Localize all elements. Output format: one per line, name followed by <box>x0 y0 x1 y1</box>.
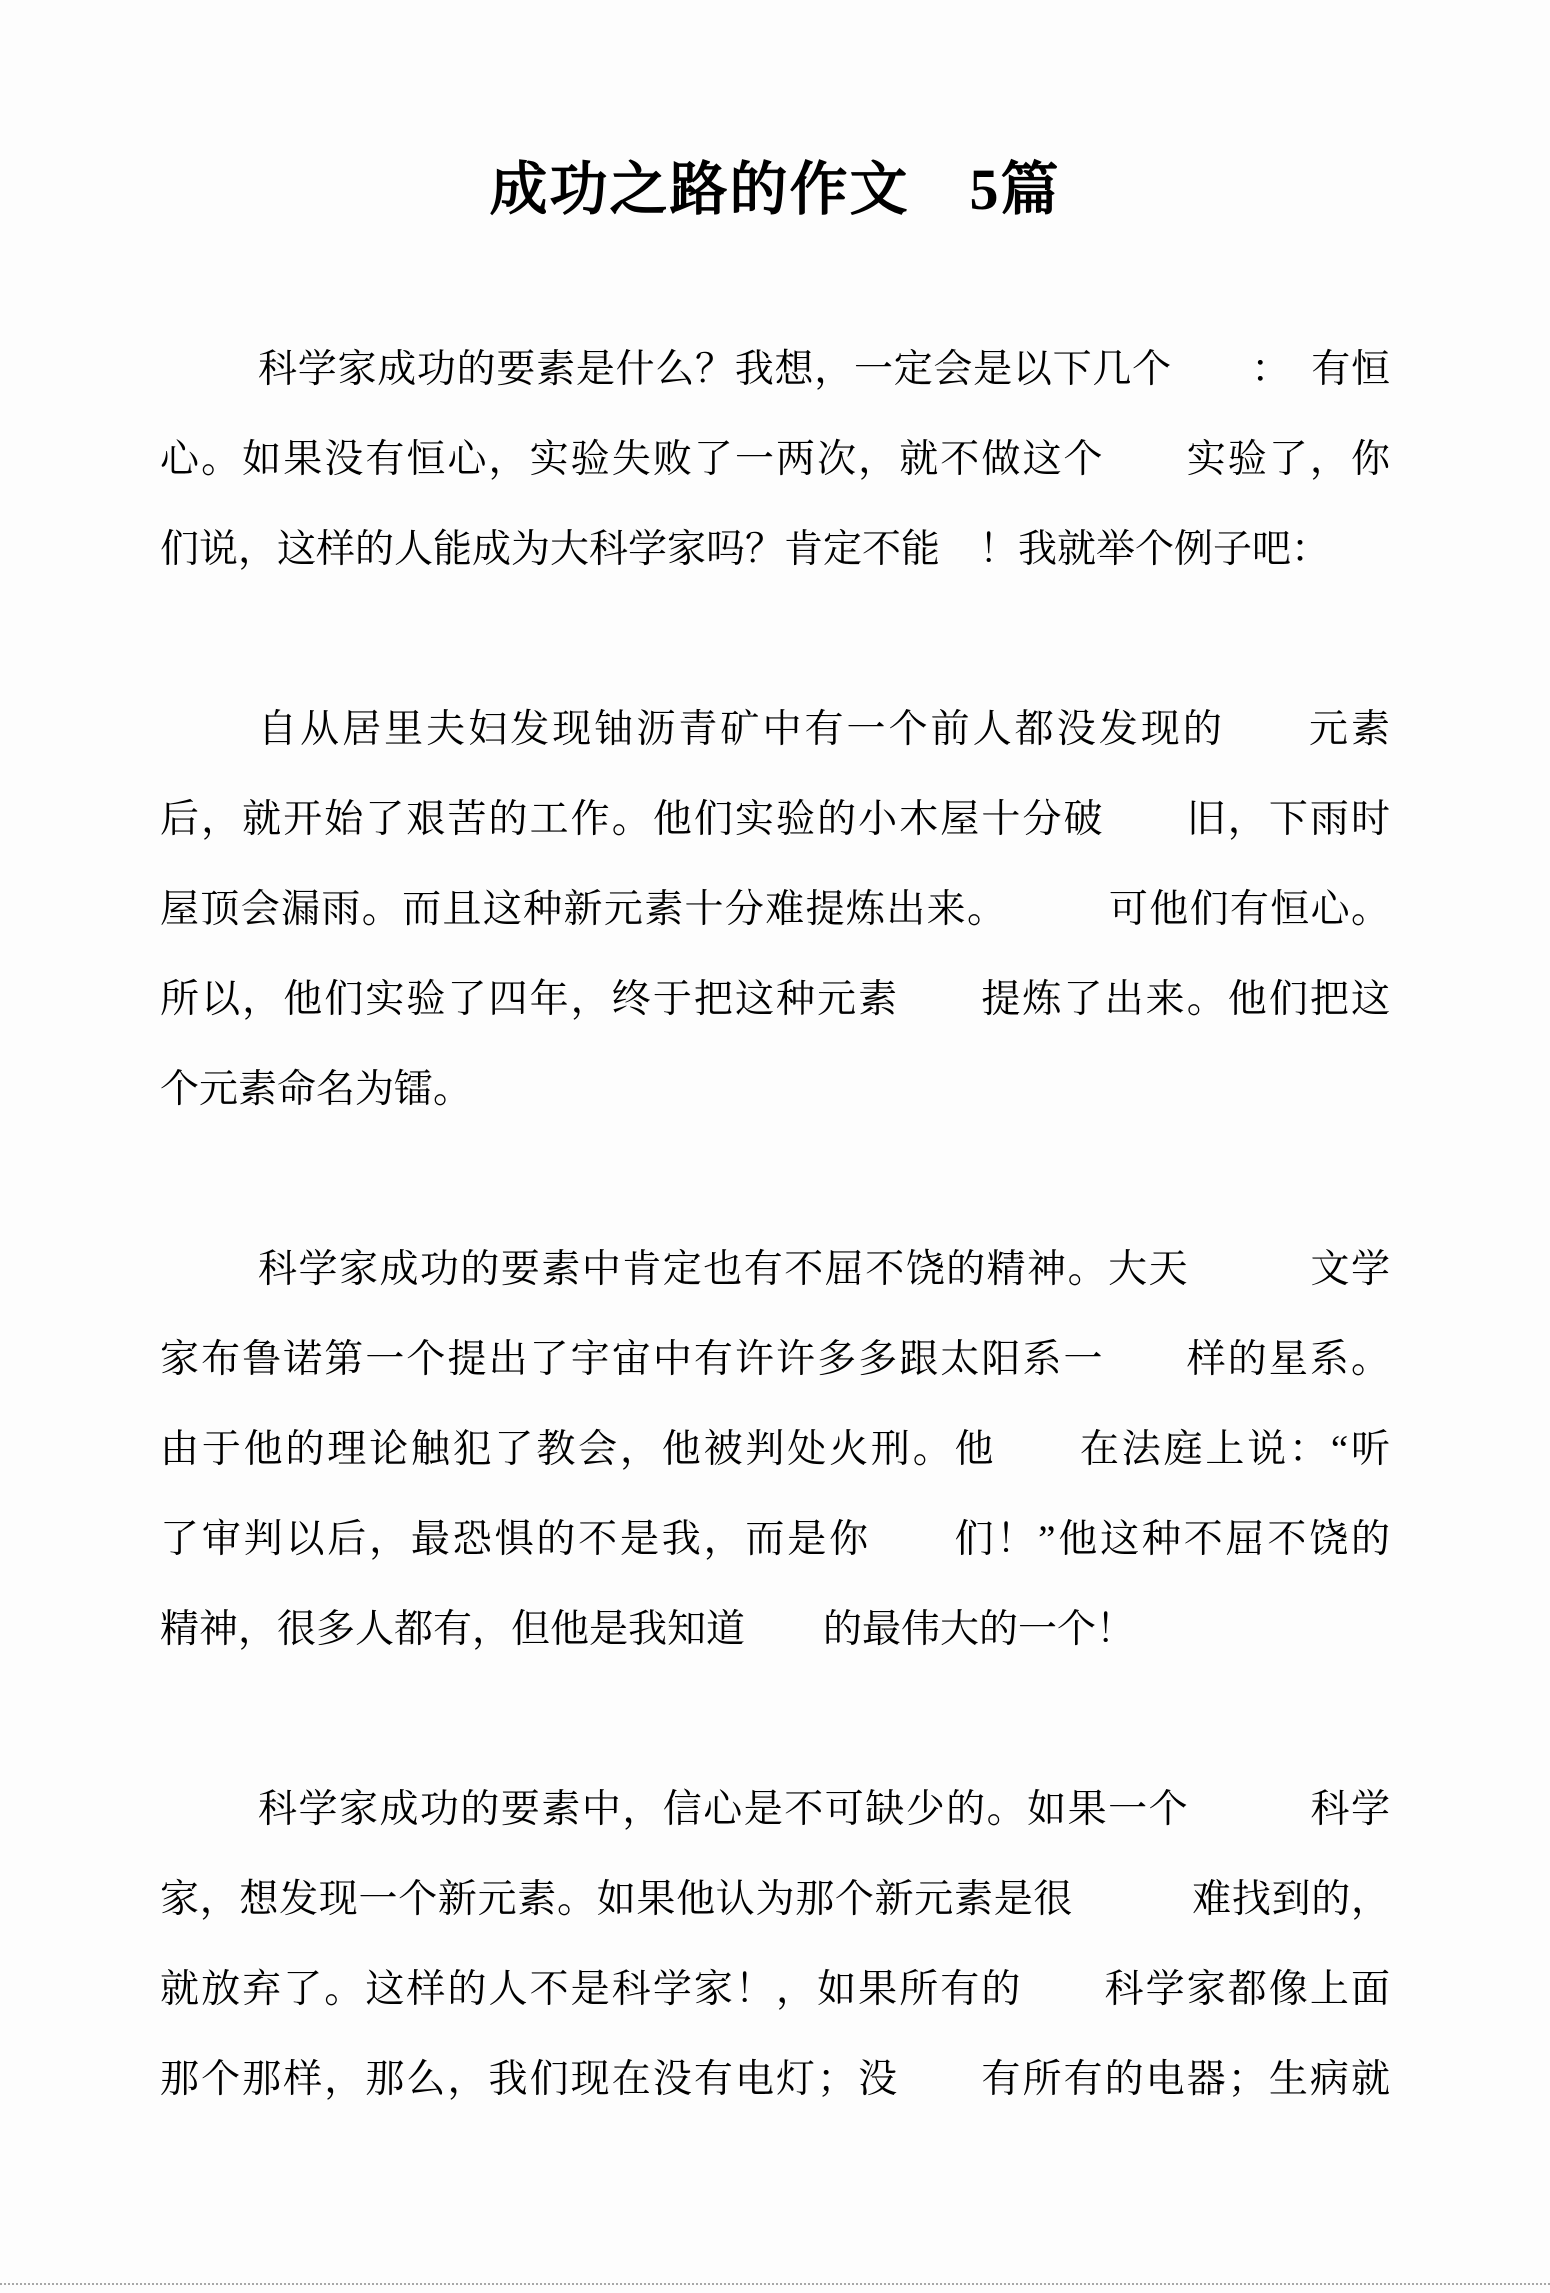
text-line: 精神，很多人都有，但他是我知道 的最伟大的一个！ <box>160 1585 1390 1675</box>
text-line: 家布鲁诺第一个提出了宇宙中有许许多多跟太阳系一 样的星系。 <box>160 1315 1390 1405</box>
document-body: 科学家成功的要素是什么？我想，一定会是以下几个 ： 有恒 心。如果没有恒心，实验… <box>160 325 1390 2215</box>
text-line: 就放弃了。这样的人不是科学家！，如果所有的 科学家都像上面 <box>160 1945 1390 2035</box>
text-line: 自从居里夫妇发现铀沥青矿中有一个前人都没发现的 元素 <box>160 685 1390 775</box>
document-page: 成功之路的作文 5篇 科学家成功的要素是什么？我想，一定会是以下几个 ： 有恒 … <box>0 0 1550 2293</box>
text-line: 科学家成功的要素是什么？我想，一定会是以下几个 ： 有恒 <box>160 325 1390 415</box>
document-title: 成功之路的作文 5篇 <box>0 158 1550 222</box>
text-line: 那个那样，那么，我们现在没有电灯；没 有所有的电器；生病就 <box>160 2035 1390 2125</box>
text-line: 个元素命名为镭。 <box>160 1045 1390 1135</box>
page-break-dotted-line <box>0 2283 1550 2285</box>
text-line: 心。如果没有恒心，实验失败了一两次，就不做这个 实验了，你 <box>160 415 1390 505</box>
paragraph-3: 科学家成功的要素中肯定也有不屈不饶的精神。大天 文学 家布鲁诺第一个提出了宇宙中… <box>160 1225 1390 1675</box>
paragraph-2: 自从居里夫妇发现铀沥青矿中有一个前人都没发现的 元素 后，就开始了艰苦的工作。他… <box>160 685 1390 1135</box>
text-line: 科学家成功的要素中，信心是不可缺少的。如果一个 科学 <box>160 1765 1390 1855</box>
text-line: 了审判以后，最恐惧的不是我，而是你 们！”他这种不屈不饶的 <box>160 1495 1390 1585</box>
text-line: 们说，这样的人能成为大科学家吗？肯定不能 ！我就举个例子吧： <box>160 505 1390 595</box>
text-line: 后，就开始了艰苦的工作。他们实验的小木屋十分破 旧，下雨时 <box>160 775 1390 865</box>
text-line: 所以，他们实验了四年，终于把这种元素 提炼了出来。他们把这 <box>160 955 1390 1045</box>
text-line: 科学家成功的要素中肯定也有不屈不饶的精神。大天 文学 <box>160 1225 1390 1315</box>
text-line: 屋顶会漏雨。而且这种新元素十分难提炼出来。 可他们有恒心。 <box>160 865 1390 955</box>
text-line: 由于他的理论触犯了教会，他被判处火刑。他 在法庭上说：“听 <box>160 1405 1390 1495</box>
paragraph-4: 科学家成功的要素中，信心是不可缺少的。如果一个 科学 家，想发现一个新元素。如果… <box>160 1765 1390 2125</box>
paragraph-1: 科学家成功的要素是什么？我想，一定会是以下几个 ： 有恒 心。如果没有恒心，实验… <box>160 325 1390 595</box>
text-line: 家，想发现一个新元素。如果他认为那个新元素是很 难找到的， <box>160 1855 1390 1945</box>
